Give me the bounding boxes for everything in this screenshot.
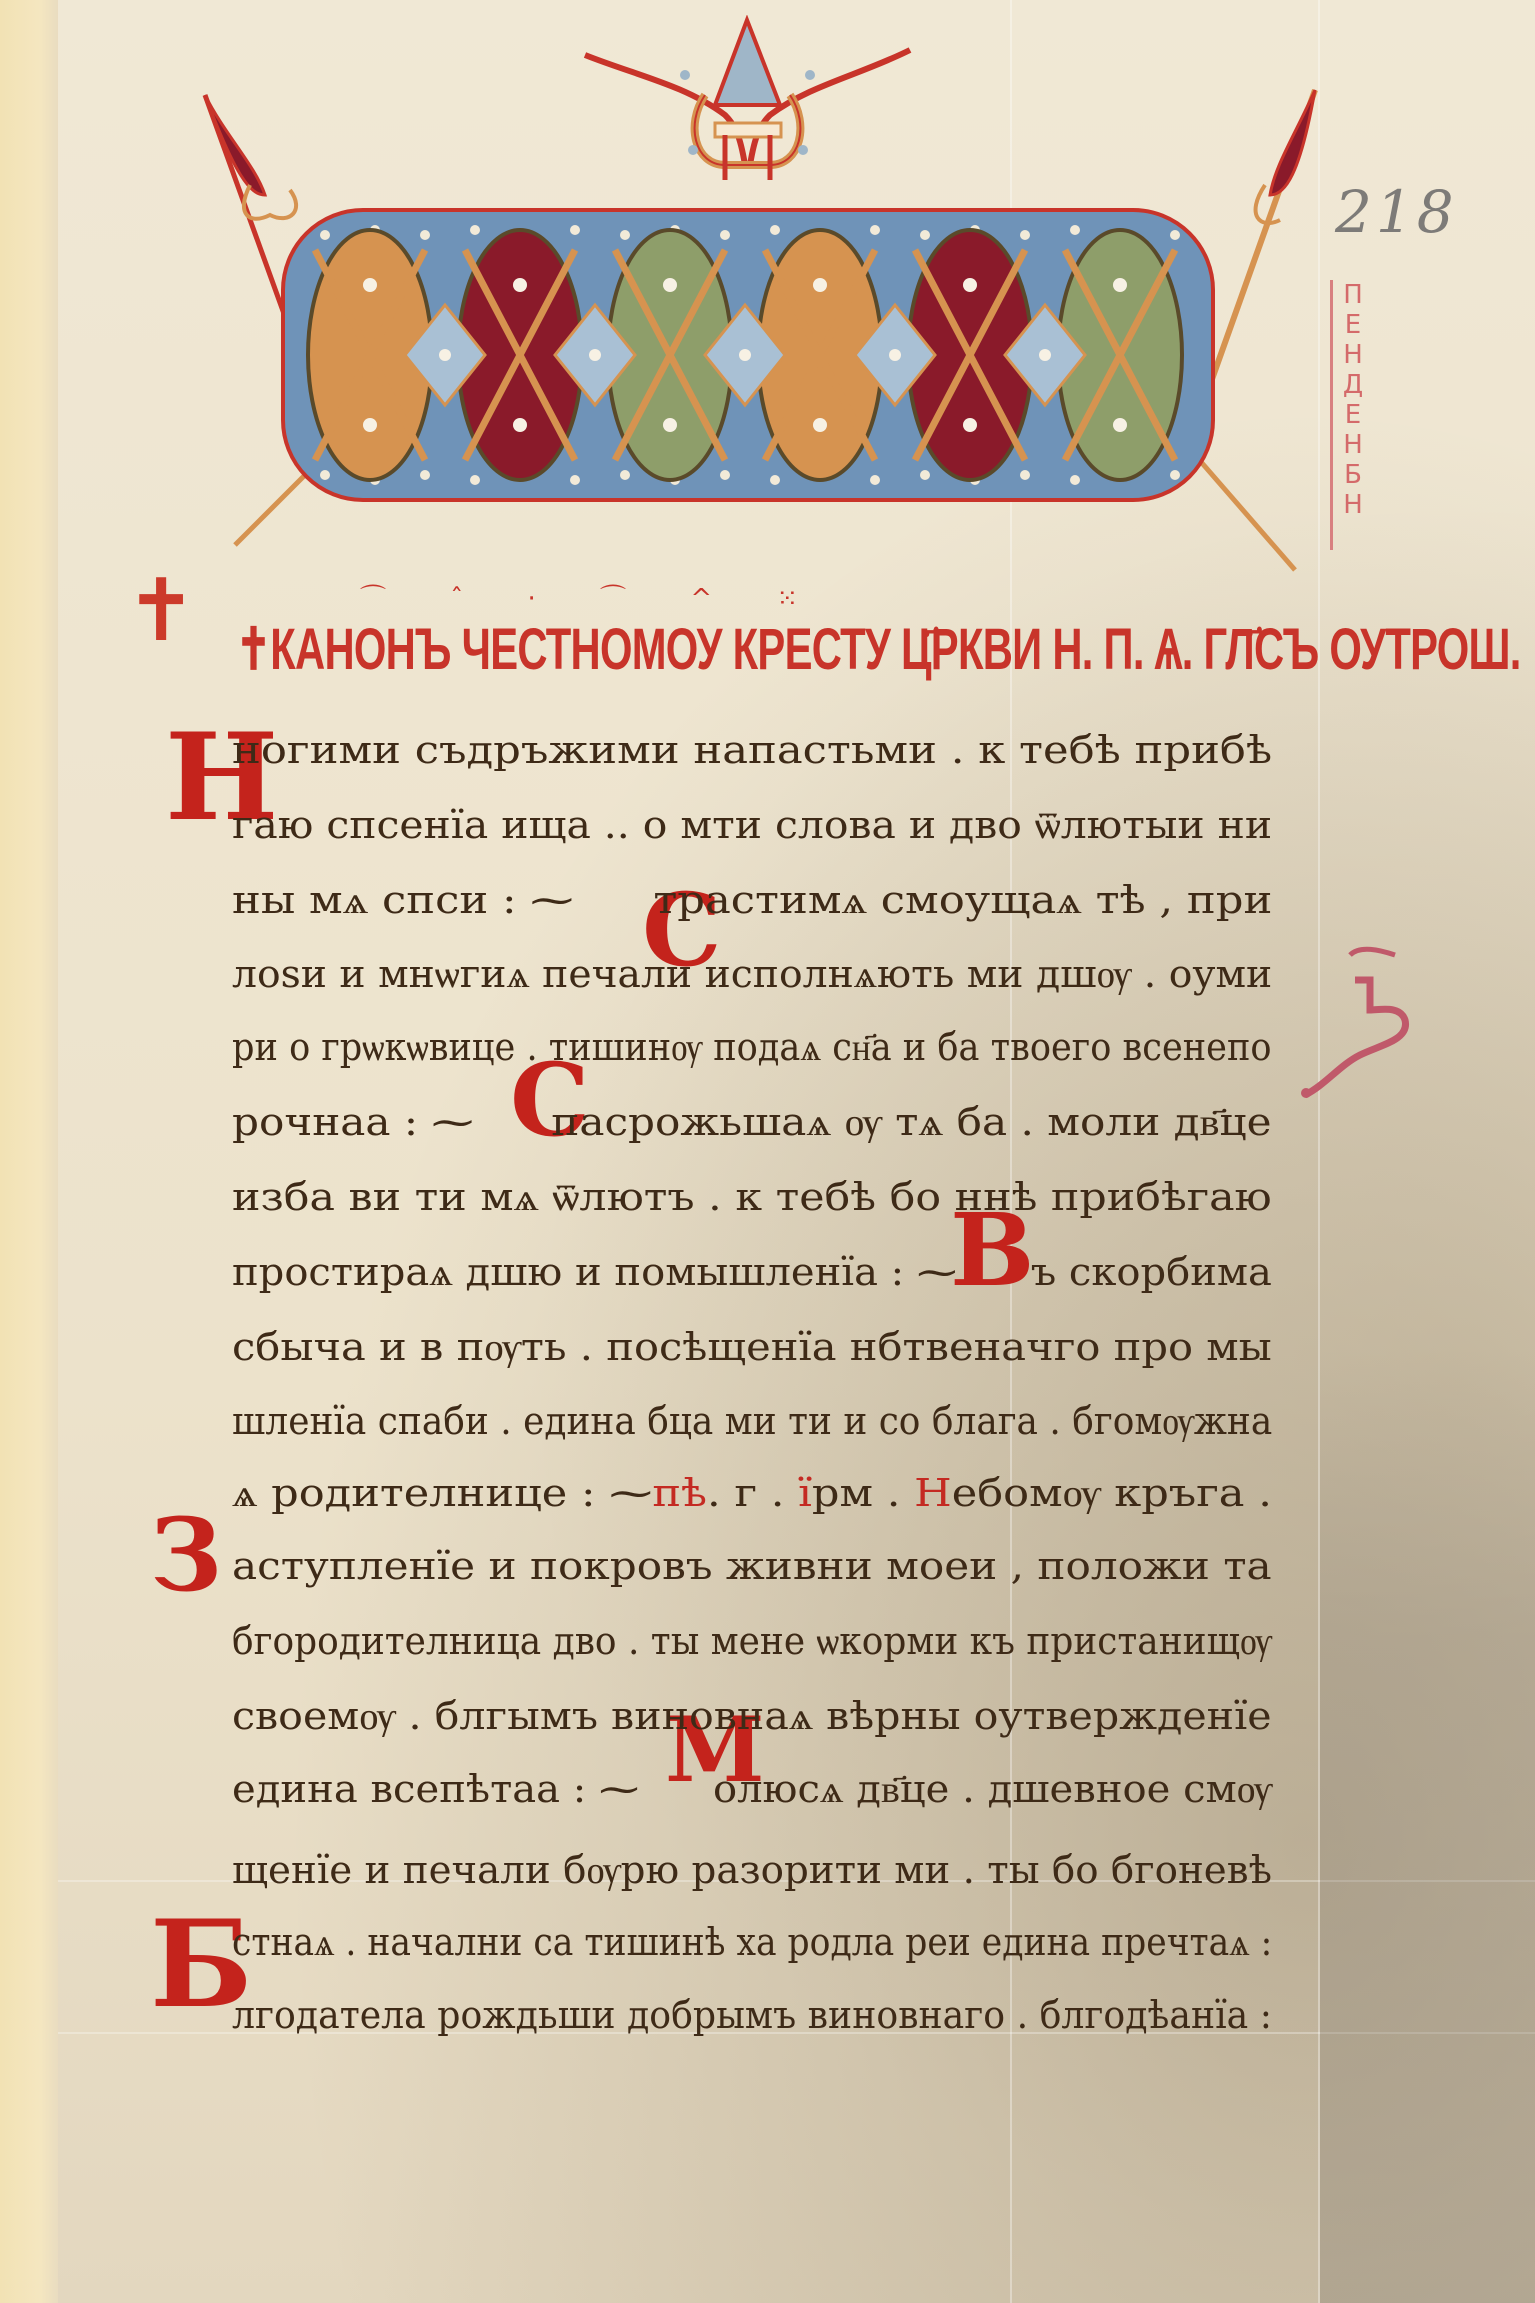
manuscript-page: 218 П Е Н Д Е Н Б Н ✝ ⌒ ˆ · ⌒ ^ ⁙ ✝КАНОН…: [0, 0, 1535, 2303]
rubric-letter: Н: [1333, 340, 1373, 370]
line-text: аступленїе и покровъ живни моеи , положи…: [232, 1544, 1272, 1588]
text-line: шленїа спаби . едина бца ми ти и со благ…: [232, 1391, 1272, 1451]
line-text: ѧ родителнице : ⁓: [232, 1471, 652, 1515]
text-line: изба ви ти мѧ ѿлютъ . к тебѣ бо ннѣ приб…: [232, 1167, 1272, 1227]
text-line: щенїе и печали бѹрю разорити ми . ты бо …: [232, 1840, 1272, 1900]
folio-number: 218: [1335, 178, 1458, 246]
line-text: рм .: [812, 1471, 914, 1515]
text-line: ри о грѡкѡвице . тишинѹ подаѧ сн҃а и ба …: [232, 1017, 1272, 1077]
vertical-margin-rubric: П Е Н Д Е Н Б Н: [1330, 280, 1373, 550]
text-line: сбыча и в пѹть . посѣщенїа нбтвеначго пр…: [232, 1317, 1272, 1377]
line-text: бгородителница дво . ты мене ѡкорми къ п…: [232, 1619, 1272, 1663]
line-text: шленїа спаби . едина бца ми ти и со благ…: [232, 1399, 1272, 1443]
text-line: лоѕи и мнѡгиѧ печали исполнѧють ми дшѹ .…: [232, 944, 1272, 1004]
line-text: трастимѧ смоущаѧ тѣ , при: [653, 878, 1272, 922]
binding-strip: [0, 0, 58, 2303]
line-text: стнаѧ . начални са тишинѣ ха родла реи е…: [232, 1920, 1272, 1964]
rubric-letter: Е: [1333, 400, 1373, 430]
line-text: олюсѧ дв҃це . дшевное смѹ: [713, 1767, 1272, 1811]
line-text: ебомѹ кръга .: [952, 1471, 1272, 1515]
line-text: . г .: [707, 1471, 798, 1515]
line-text: ногими съдръжими напастьми . к тебѣ приб…: [232, 728, 1272, 772]
rubric-letter: Б: [1333, 460, 1373, 490]
text-line: ны мѧ спси : ⁓трастимѧ смоущаѧ тѣ , при: [232, 870, 1272, 930]
text-line: аступленїе и покровъ живни моеи , положи…: [232, 1536, 1272, 1596]
rubric-letter: П: [1333, 280, 1373, 310]
rubric-text: Н: [914, 1471, 952, 1515]
line-text: гаю спсенїа ища .. о мти слова и дво ѿлю…: [232, 803, 1272, 847]
text-line: бгородителница дво . ты мене ѡкорми къ п…: [232, 1611, 1272, 1671]
rubric-text: пѣ: [652, 1471, 707, 1515]
margin-note-numeral-icon: [1300, 935, 1420, 1115]
line-text: щенїе и печали бѹрю разорити ми . ты бо …: [232, 1848, 1272, 1892]
text-line: простираѧ дшю и помышленїа : ⁓ъ скорбима: [232, 1242, 1272, 1302]
line-text: едина всепѣтаа : ⁓: [232, 1767, 639, 1811]
rubric-letter: Е: [1333, 310, 1373, 340]
rubric-text: ї: [798, 1471, 812, 1515]
braid-band: [283, 210, 1213, 500]
title-cross-icon: ✝: [125, 568, 197, 654]
line-text: простираѧ дшю и помышленїа : ⁓: [232, 1250, 957, 1294]
text-line: своемѹ . блгымъ виновнаѧ вѣрны оутвержде…: [232, 1686, 1272, 1746]
line-text: пасрожьшаѧ ѹ тѧ ба . моли дв҃це: [551, 1100, 1271, 1144]
line-text: рочнаа : ⁓: [232, 1100, 474, 1144]
line-text: ри о грѡкѡвице . тишинѹ подаѧ сн҃а и ба …: [232, 1025, 1272, 1069]
text-line: ѧ родителнице : ⁓пѣ. г . їрм . Небомѹ кр…: [232, 1463, 1272, 1523]
initial-letter-z: З: [150, 1505, 222, 1605]
text-line: ногими съдръжими напастьми . к тебѣ приб…: [232, 720, 1272, 780]
text-line: едина всепѣтаа : ⁓олюсѧ дв҃це . дшевное …: [232, 1759, 1272, 1819]
text-line: стнаѧ . начални са тишинѣ ха родла реи е…: [232, 1912, 1272, 1972]
rubric-letter: Н: [1333, 430, 1373, 460]
line-text: ъ скорбима: [1031, 1250, 1272, 1294]
line-text: сбыча и в пѹть . посѣщенїа нбтвеначго пр…: [232, 1325, 1272, 1369]
text-line: рочнаа : ⁓пасрожьшаѧ ѹ тѧ ба . моли дв҃ц…: [232, 1092, 1272, 1152]
text-line: гаю спсенїа ища .. о мти слова и дво ѿлю…: [232, 795, 1272, 855]
line-text: лгодатела рождьши добрымъ виновнаго . бл…: [232, 1993, 1272, 2037]
rubric-letter: Д: [1333, 370, 1373, 400]
rubric-letter: Н: [1333, 490, 1373, 520]
page-title: ✝КАНОНЪ ЧЕСТНОМОУ КРЕСТУ Ц҃РКВИ Н. П. Ѧ.…: [236, 610, 963, 690]
line-text: лоѕи и мнѡгиѧ печали исполнѧють ми дшѹ .…: [232, 952, 1272, 996]
line-text: изба ви ти мѧ ѿлютъ . к тебѣ бо ннѣ приб…: [232, 1175, 1272, 1219]
braided-headpiece-ornament-icon: [195, 75, 1345, 575]
line-text: своемѹ . блгымъ виновнаѧ вѣрны оутвержде…: [232, 1694, 1272, 1738]
text-line: лгодатела рождьши добрымъ виновнаго . бл…: [232, 1985, 1272, 2045]
water-stain: [1320, 1350, 1535, 2303]
line-text: ны мѧ спси : ⁓: [232, 878, 574, 922]
